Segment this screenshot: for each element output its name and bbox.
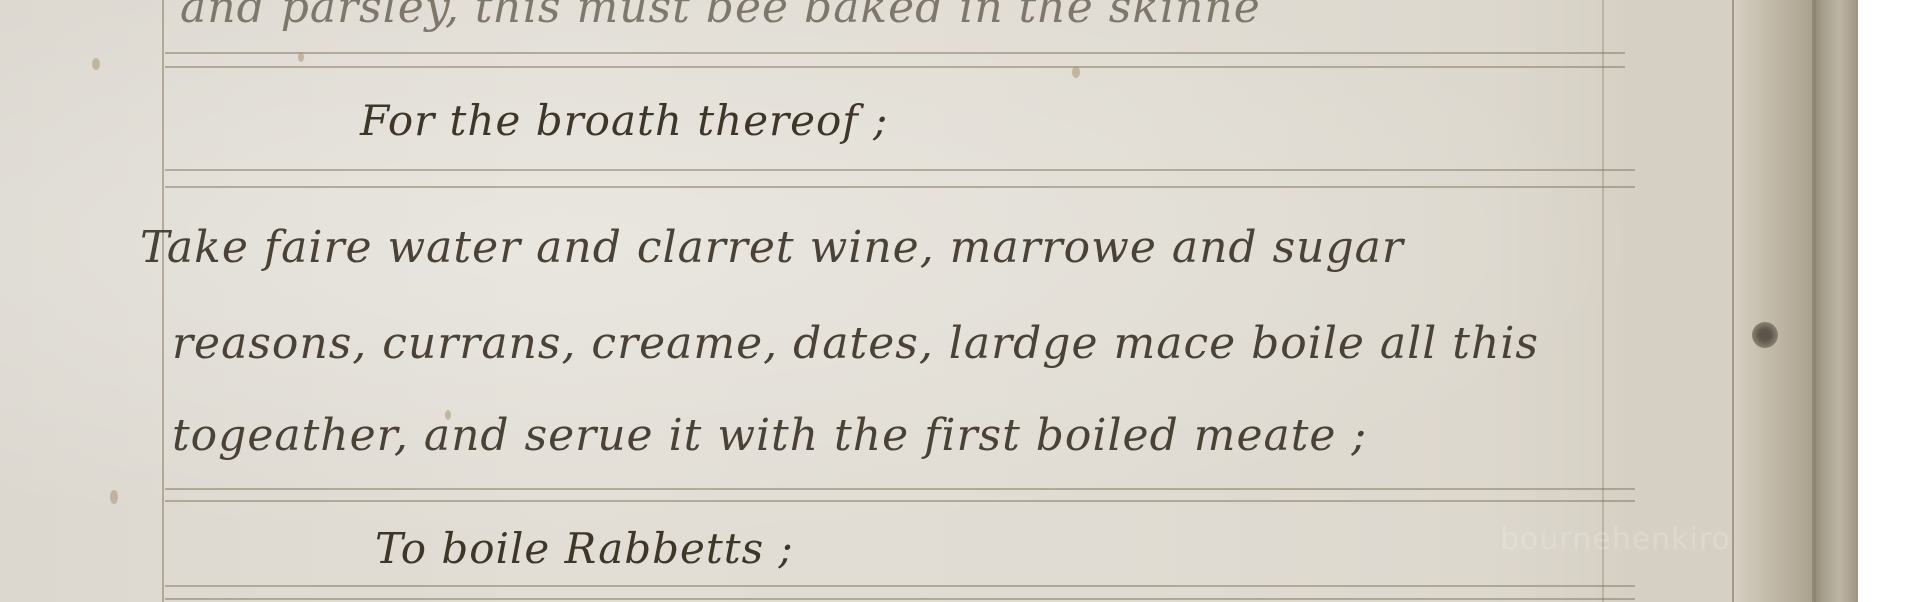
rule-line <box>165 585 1635 587</box>
right-margin-rule <box>1602 0 1604 602</box>
paper-stain <box>110 490 118 504</box>
manuscript-line-partial: and parsley, this must bee baked in the … <box>180 0 1261 33</box>
watermark: bournehenkirolls <box>1500 522 1766 557</box>
page-edge-line <box>1814 0 1816 602</box>
rule-line <box>165 598 1635 600</box>
manuscript-line: reasons, currans, creame, dates, lardge … <box>172 318 1539 369</box>
binding-gutter <box>1730 0 1820 602</box>
manuscript-line: Take faire water and clarret wine, marro… <box>140 222 1404 273</box>
manuscript-line: togeather, and serue it with the first b… <box>172 410 1367 461</box>
rule-line <box>165 500 1635 502</box>
paper-stain <box>1072 66 1080 78</box>
manuscript-page: and parsley, this must bee baked in the … <box>0 0 1858 602</box>
paper-stain <box>298 52 304 62</box>
page-edge <box>1812 0 1858 602</box>
rule-line <box>165 66 1625 68</box>
rule-line <box>165 52 1625 54</box>
rule-line <box>165 169 1635 171</box>
rule-line <box>165 488 1635 490</box>
paper-stain <box>92 58 100 70</box>
left-margin-rule <box>162 0 164 602</box>
recipe-heading-rabbetts: To boile Rabbetts ; <box>375 524 794 573</box>
rule-line <box>165 186 1635 188</box>
binding-edge-line <box>1732 0 1734 602</box>
recipe-heading-broath: For the broath thereof ; <box>360 96 888 145</box>
worm-hole <box>1752 322 1778 348</box>
